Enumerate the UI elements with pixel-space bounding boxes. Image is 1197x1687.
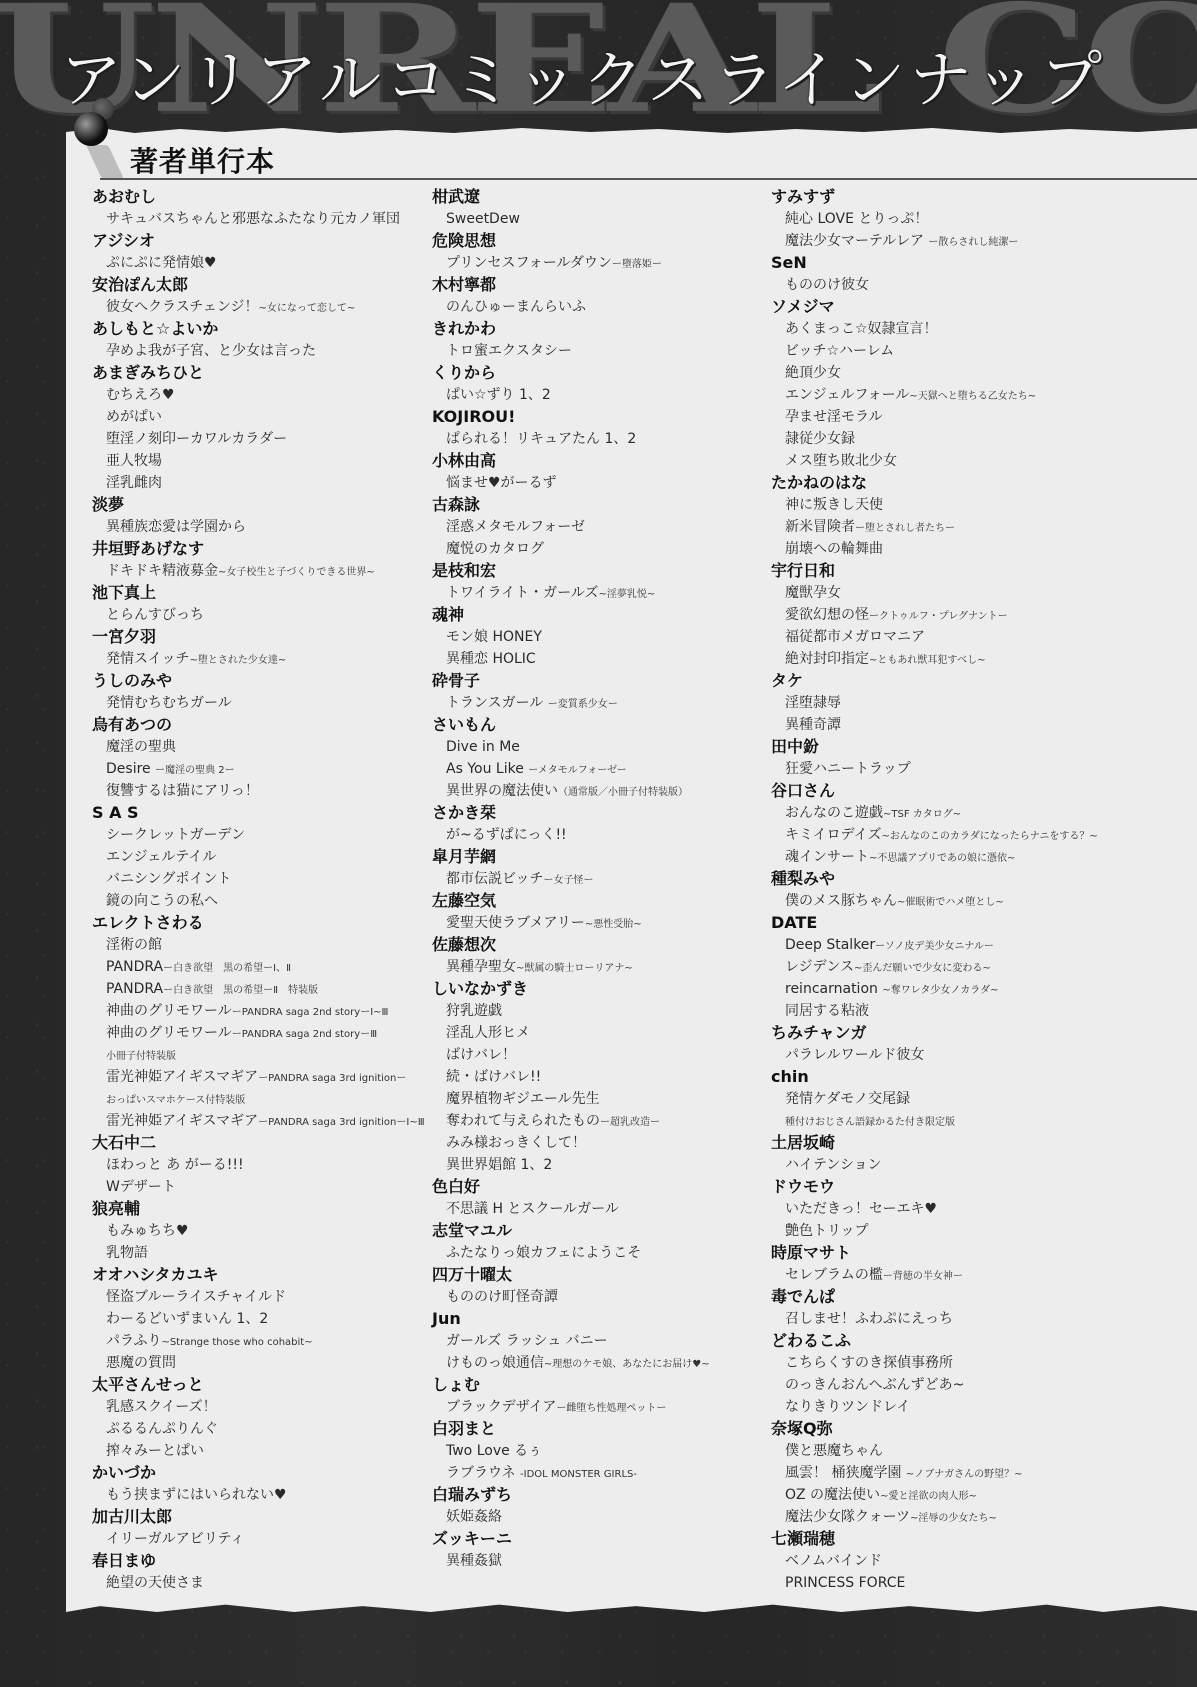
book-title-main: こちらくすのき探偵事務所 [785, 1355, 953, 1371]
author-name: 谷口さん [771, 780, 1098, 802]
book-title-main: 異種孕聖女 [446, 959, 516, 975]
author-name: タケ [771, 670, 1098, 692]
author-name: 春日まゆ [92, 1550, 425, 1572]
lineup-column-3: すみすず純心 LOVE とりっぷ！魔法少女マーテルレア ー散らされし純潔ーSeN… [771, 186, 1098, 1594]
book-title: 愛聖天使ラブメアリー~悪性受胎~ [432, 912, 710, 934]
author-name: 砕骨子 [432, 670, 710, 692]
book-title: 異世界の魔法使い（通常版／小冊子付特装版） [432, 780, 710, 802]
book-title-main: レジデンス [785, 959, 854, 975]
book-title-main: 悪魔の質問 [106, 1355, 176, 1371]
book-title: 淫堕隷辱 [771, 692, 1098, 714]
book-subtitle: ~堕とされた少女達~ [189, 655, 286, 666]
book-title: トロ蜜エクスタシー [432, 340, 710, 362]
book-title-main: 淫術の館 [106, 937, 162, 953]
book-title-main: けものっ娘通信 [446, 1355, 544, 1371]
book-title-main: Two Love るぅ [446, 1443, 542, 1459]
book-subtitle: ~不思議アプリであの娘に憑依~ [869, 853, 1015, 864]
book-title-main: プリンセスフォールダウン [446, 255, 612, 271]
book-title: トワイライト・ガールズ~淫夢乳悦~ [432, 582, 710, 604]
book-title: 艶色トリップ [771, 1220, 1098, 1242]
author-name: あまぎみちひと [92, 362, 425, 384]
book-title-main: シークレットガーデン [106, 827, 245, 843]
book-title: 絶対封印指定~ともあれ獣耳犯すべし~ [771, 648, 1098, 670]
author-name: たかねのはな [771, 472, 1098, 494]
book-title: メス堕ち敗北少女 [771, 450, 1098, 472]
book-subtitle: ~ともあれ獣耳犯すべし~ [869, 655, 986, 666]
book-title: 悩ませ♥がーるず [432, 472, 710, 494]
book-title: 乳感スクイーズ！ [92, 1396, 425, 1418]
book-title: みみ様おっきくして！ [432, 1132, 710, 1154]
book-title: ぱい☆ずり 1、2 [432, 384, 710, 406]
book-title-main: ラブラウネ [446, 1465, 520, 1481]
book-subtitle: ー白き欲望 黒の希望ーⅠ、Ⅱ [163, 963, 291, 974]
book-subtitle: ~Strange those who cohabit~ [161, 1337, 312, 1348]
book-title: もののけ彼女 [771, 274, 1098, 296]
book-title-main: めがぱい [106, 409, 162, 425]
book-subtitle: ー雌堕ち性処理ペットー [556, 1403, 666, 1414]
book-title: 孕ませ淫モラル [771, 406, 1098, 428]
book-title: 僕と悪魔ちゃん [771, 1440, 1098, 1462]
author-name: ドウモウ [771, 1176, 1098, 1198]
book-title-main: バニシングポイント [106, 871, 231, 887]
book-title: もう挟まずにはいられない♥ [92, 1484, 425, 1506]
book-title-main: 魂インサート [785, 849, 869, 865]
book-title: 発情スイッチ~堕とされた少女達~ [92, 648, 425, 670]
book-title: 神曲のグリモワールーPANDRA saga 2nd storyーⅢ [92, 1022, 425, 1044]
book-title-main: 淫惑メタモルフォーゼ [446, 519, 585, 535]
author-name: 四万十曜太 [432, 1264, 710, 1286]
book-title-main: もみゅちち♥ [106, 1223, 189, 1239]
book-title-main: 僕と悪魔ちゃん [785, 1443, 883, 1459]
book-title-main: OZ の魔法使い [785, 1487, 880, 1503]
book-title: が~るずぱにっく!! [432, 824, 710, 846]
book-title-main: パラレルワールド彼女 [785, 1047, 924, 1063]
book-title-main: 堕淫ノ刻印ーカワルカラダー [106, 431, 287, 447]
book-title: PANDRAー白き欲望 黒の希望ーⅠ、Ⅱ [92, 956, 425, 978]
book-subtitle: ー女子怪ー [543, 875, 593, 886]
book-title: ドキドキ精液募金~女子校生と子づくりできる世界~ [92, 560, 425, 582]
book-subtitle: ~女子校生と子づくりできる世界~ [218, 567, 375, 578]
author-name: 古森詠 [432, 494, 710, 516]
book-title: めがぱい [92, 406, 425, 428]
book-subtitle: ~獣属の騎士ローリアナ~ [516, 963, 633, 974]
book-title: 召しませ！ふわぷにえっち [771, 1308, 1098, 1330]
book-subtitle: （通常版／小冊子付特装版） [558, 787, 688, 798]
book-subtitle: ~歪んだ願いで少女に変わる~ [854, 963, 991, 974]
book-title: 淫乱人形ヒメ [432, 1022, 710, 1044]
book-title-main: 淫乱人形ヒメ [446, 1025, 530, 1041]
book-title: 雷光神姫アイギスマギアーPANDRA saga 3rd ignitionー [92, 1066, 425, 1088]
book-title-main: もののけ町怪奇譚 [446, 1289, 558, 1305]
book-title-main: 同居する粘液 [785, 1003, 869, 1019]
book-title-main: 雷光神姫アイギスマギア [106, 1113, 258, 1129]
book-title: PANDRAー白き欲望 黒の希望ーⅡ 特装版 [92, 978, 425, 1000]
book-title-main: 魔獣孕女 [785, 585, 841, 601]
book-title-main: パラふり [106, 1333, 161, 1349]
book-subtitle: ーPANDRA saga 2nd storyーⅢ [232, 1029, 377, 1040]
book-title-main: いただきっ！セーエキ♥ [785, 1201, 937, 1217]
book-subtitle: ー堕とされし者たちー [855, 523, 955, 534]
book-title-main: 異種恋 HOLIC [446, 651, 536, 667]
book-title: もみゅちち♥ [92, 1220, 425, 1242]
book-title: セレブラムの檻ー背徳の半女神ー [771, 1264, 1098, 1286]
author-name: DATE [771, 912, 1098, 934]
book-title-main: 悩ませ♥がーるず [446, 475, 557, 491]
book-title-main: 魔界植物ギジエール先生 [446, 1091, 600, 1107]
book-title: 新米冒険者ー堕とされし者たちー [771, 516, 1098, 538]
book-title-main: Desire [106, 761, 155, 777]
book-title: 異種孕聖女~獣属の騎士ローリアナ~ [432, 956, 710, 978]
book-title: 純心 LOVE とりっぷ！ [771, 208, 1098, 230]
book-title-main: 異世界娼館 1、2 [446, 1157, 552, 1173]
book-title-main: 魔法少女マーテルレア [785, 233, 928, 249]
book-subtitle: ー魔淫の聖典 2ー [155, 765, 235, 776]
book-title: ばけバレ！ [432, 1044, 710, 1066]
book-subtitle: ーPANDRA saga 3rd ignitionー [258, 1073, 406, 1084]
author-name: 佐藤想次 [432, 934, 710, 956]
book-title-main: 狂愛ハニートラップ [785, 761, 911, 777]
author-name: 太平さんせっと [92, 1374, 425, 1396]
book-title: 魂インサート~不思議アプリであの娘に憑依~ [771, 846, 1098, 868]
book-title: OZ の魔法使い~愛と淫欲の肉人形~ [771, 1484, 1098, 1506]
book-title: ほわっと あ がーる!!! [92, 1154, 425, 1176]
book-title-main: Wデザート [106, 1179, 176, 1195]
book-subtitle: 小冊子付特装版 [106, 1051, 176, 1062]
book-title-main: 鏡の向こうの私へ [106, 893, 218, 909]
book-title: サキュバスちゃんと邪悪なふたなり元カノ軍団 [92, 208, 425, 230]
book-title: 異種姦獄 [432, 1550, 710, 1572]
book-title: 乳物語 [92, 1242, 425, 1264]
author-name: 一宮夕羽 [92, 626, 425, 648]
author-name: 皐月芋網 [432, 846, 710, 868]
book-title-main: なりきりツンドレイ [785, 1399, 910, 1415]
book-title-main: 愛聖天使ラブメアリー [446, 915, 585, 931]
author-name: 田中鈖 [771, 736, 1098, 758]
author-name: アジシオ [92, 230, 425, 252]
book-title-main: PANDRA [106, 959, 163, 975]
book-title-main: 淫乳雌肉 [106, 475, 162, 491]
book-title: 福従都市メガロマニア [771, 626, 1098, 648]
book-title-main: エンジェルフォール [785, 387, 909, 403]
book-subtitle: ~悪性受胎~ [585, 919, 642, 930]
book-subtitle: ー超乳改造ー [600, 1117, 660, 1128]
author-name: すみすず [771, 186, 1098, 208]
book-subtitle: ~おんなのこのカラダになったらナニをする？~ [881, 831, 1097, 842]
book-subtitle: ~愛と淫欲の肉人形~ [880, 1491, 977, 1502]
book-title: シークレットガーデン [92, 824, 425, 846]
book-subtitle: ~催眠術でハメ堕とし~ [897, 897, 1004, 908]
book-title: 発情ケダモノ交尾録 [771, 1088, 1098, 1110]
book-subtitle: ~ノブナガさんの野望？~ [906, 1469, 1023, 1480]
book-title-main: 彼女へクラスチェンジ！ [106, 299, 259, 315]
book-title-main: トランスガール [446, 695, 548, 711]
book-title: 狂愛ハニートラップ [771, 758, 1098, 780]
book-title: 雷光神姫アイギスマギアーPANDRA saga 3rd ignitionーⅠ~Ⅲ [92, 1110, 425, 1132]
author-name: うしのみや [92, 670, 425, 692]
author-name: 加古川太郎 [92, 1506, 425, 1528]
book-title: 彼女へクラスチェンジ！~女になって恋して~ [92, 296, 425, 318]
author-name: 烏有あつの [92, 714, 425, 736]
author-name: chin [771, 1066, 1098, 1088]
book-title: 異種族恋愛は学園から [92, 516, 425, 538]
author-name: 白瑞みずち [432, 1484, 710, 1506]
book-title-main: のんひゅーまんらいふ [446, 299, 586, 315]
author-name: 池下真上 [92, 582, 425, 604]
book-title-main: 都市伝説ビッチ [446, 871, 543, 887]
author-name: 奈塚Q弥 [771, 1418, 1098, 1440]
author-name: かいづか [92, 1462, 425, 1484]
book-title: バニシングポイント [92, 868, 425, 890]
book-title-main: 搾々みーとぱい [106, 1443, 204, 1459]
book-title: ブラックデザイアー雌堕ち性処理ペットー [432, 1396, 710, 1418]
author-name: ソメジマ [771, 296, 1098, 318]
book-title-main: 風雲！ 桶狭魔学園 [785, 1465, 906, 1481]
author-name: 魂神 [432, 604, 710, 626]
book-title: 魔淫の聖典 [92, 736, 425, 758]
author-name: 七瀬瑞穂 [771, 1528, 1098, 1550]
author-name: 井垣野あげなす [92, 538, 425, 560]
book-title-main: 続・ばけバレ!! [446, 1069, 541, 1085]
book-title: 魔界植物ギジエール先生 [432, 1088, 710, 1110]
book-subtitle: ~TSF カタログ~ [883, 809, 961, 820]
book-title-main: 発情ケダモノ交尾録 [785, 1091, 910, 1107]
author-name: 柑武遼 [432, 186, 710, 208]
book-title: 崩壊への輪舞曲 [771, 538, 1098, 560]
book-title-main: ばけバレ！ [446, 1047, 516, 1063]
book-title: むちえろ♥ [92, 384, 425, 406]
book-title: わーるどいずまいん 1、2 [92, 1308, 425, 1330]
book-title-main: ビッチ☆ハーレム [785, 343, 894, 359]
book-title-main: ぷるるんぷりんぐ [106, 1421, 218, 1437]
book-title: 隷従少女録 [771, 428, 1098, 450]
book-title-main: 乳物語 [106, 1245, 148, 1261]
book-title: パラふり~Strange those who cohabit~ [92, 1330, 425, 1352]
book-title-main: 異世界の魔法使い [446, 783, 558, 799]
book-subtitle: ~淫夢乳悦~ [598, 589, 655, 600]
book-title-main: ガールズ ラッシュ バニー [446, 1333, 608, 1349]
book-title-main: Deep Stalker [785, 937, 875, 953]
book-title: 堕淫ノ刻印ーカワルカラダー [92, 428, 425, 450]
book-title-main: 発情むちむちガール [106, 695, 232, 711]
book-title: Two Love るぅ [432, 1440, 710, 1462]
book-title-main: もう挟まずにはいられない♥ [106, 1487, 287, 1503]
book-title-main: 異種姦獄 [446, 1553, 502, 1569]
book-title-main: 亜人牧場 [106, 453, 162, 469]
book-subtitle: ~奪ワレタ少女ノカラダ~ [882, 985, 998, 996]
book-title-main: わーるどいずまいん 1、2 [106, 1311, 268, 1327]
book-title: ハイテンション [771, 1154, 1098, 1176]
book-title-main: 孕ませ淫モラル [785, 409, 883, 425]
author-name: 大石中二 [92, 1132, 425, 1154]
book-title-main: 神曲のグリモワール [106, 1003, 232, 1019]
book-title-main: が~るずぱにっく!! [446, 827, 567, 843]
book-title-main: PANDRA [106, 981, 163, 997]
book-title: 淫惑メタモルフォーゼ [432, 516, 710, 538]
book-title-main: 不思議 H とスクールガール [446, 1201, 619, 1217]
author-name: S A S [92, 802, 425, 824]
author-name: きれかわ [432, 318, 710, 340]
book-title: とらんすびっち [92, 604, 425, 626]
book-title: 狩乳遊戯 [432, 1000, 710, 1022]
book-title-main: エンジェルテイル [106, 849, 216, 865]
book-title-main: 淫堕隷辱 [785, 695, 841, 711]
book-title-main: イリーガルアビリティ [106, 1531, 244, 1547]
book-title: ビッチ☆ハーレム [771, 340, 1098, 362]
book-subtitle: 種付けおじさん語録かるた付き限定版 [785, 1117, 955, 1128]
book-title-main: 孕めよ我が子宮、と少女は言った [106, 343, 316, 359]
book-title-main: 純心 LOVE とりっぷ！ [785, 211, 928, 227]
book-title-main: 愛欲幻想の怪 [785, 607, 869, 623]
book-title-main: Dive in Me [446, 739, 520, 755]
book-title-main: おんなのこ遊戯 [785, 805, 883, 821]
book-title-main: 異種族恋愛は学園から [106, 519, 246, 535]
book-title: もののけ町怪奇譚 [432, 1286, 710, 1308]
book-title-main: ベノムバインド [785, 1553, 882, 1569]
book-subtitle: ー白き欲望 黒の希望ーⅡ 特装版 [163, 985, 318, 996]
book-title-main: とらんすびっち [106, 607, 204, 623]
author-name: ちみチャンガ [771, 1022, 1098, 1044]
author-name: 種梨みや [771, 868, 1098, 890]
author-name: くりから [432, 362, 710, 384]
book-title: のっきんおんへぶんずどあ~ [771, 1374, 1098, 1396]
book-title: 小冊子付特装版 [92, 1044, 425, 1066]
book-title-main: ぷにぷに発情娘♥ [106, 255, 217, 271]
author-name: Jun [432, 1308, 710, 1330]
book-subtitle: ー墮落姫ー [612, 259, 662, 270]
book-title: けものっ娘通信~理想のケモ娘、あなたにお届け♥~ [432, 1352, 710, 1374]
book-title-main: 狩乳遊戯 [446, 1003, 502, 1019]
author-name: あおむし [92, 186, 425, 208]
book-title-main: ハイテンション [785, 1157, 882, 1173]
book-title: 愛欲幻想の怪ークトゥルフ・プレグナントー [771, 604, 1098, 626]
book-title: 魔獣孕女 [771, 582, 1098, 604]
book-subtitle: -IDOL MONSTER GIRLS- [520, 1469, 637, 1480]
book-title-main: 絶望の天使さま [106, 1575, 204, 1591]
book-title-main: 乳感スクイーズ！ [106, 1399, 217, 1415]
book-title-main: あくまっこ☆奴隷宣言！ [785, 321, 938, 337]
book-title-main: 召しませ！ふわぷにえっち [785, 1311, 953, 1327]
book-title: 淫乳雌肉 [92, 472, 425, 494]
book-subtitle: ~淫辱の少女たち~ [910, 1513, 997, 1524]
book-title-main: ぱられる！リキュアたん 1、2 [446, 431, 636, 447]
book-title: エンジェルフォール~天獄へと堕ちる乙女たち~ [771, 384, 1098, 406]
book-title: PRINCESS FORCE [771, 1572, 1098, 1594]
author-name: 木村寧都 [432, 274, 710, 296]
book-title: ぷにぷに発情娘♥ [92, 252, 425, 274]
book-title: 神に叛きし天使 [771, 494, 1098, 516]
book-title: Wデザート [92, 1176, 425, 1198]
book-subtitle: ー散らされし純潔ー [928, 237, 1018, 248]
book-title: reincarnation ~奪ワレタ少女ノカラダ~ [771, 978, 1098, 1000]
book-title: SweetDew [432, 208, 710, 230]
book-title: 異種恋 HOLIC [432, 648, 710, 670]
book-title: こちらくすのき探偵事務所 [771, 1352, 1098, 1374]
book-title-main: 僕のメス豚ちゃん [785, 893, 897, 909]
book-title: 絶望の天使さま [92, 1572, 425, 1594]
book-title: おんなのこ遊戯~TSF カタログ~ [771, 802, 1098, 824]
book-title: あくまっこ☆奴隷宣言！ [771, 318, 1098, 340]
book-title: 種付けおじさん語録かるた付き限定版 [771, 1110, 1098, 1132]
author-name: 安治ぽん太郎 [92, 274, 425, 296]
book-title-main: 妖姫姦絡 [446, 1509, 502, 1525]
author-name: さいもん [432, 714, 710, 736]
author-name: 白羽まと [432, 1418, 710, 1440]
page-banner-title: アンリアルコミックスラインナップ [60, 30, 1106, 119]
author-name: どわるこふ [771, 1330, 1098, 1352]
book-title: エンジェルテイル [92, 846, 425, 868]
author-name: 狼亮輔 [92, 1198, 425, 1220]
book-title: 妖姫姦絡 [432, 1506, 710, 1528]
book-title: 神曲のグリモワールーPANDRA saga 2nd storyーⅠ~Ⅲ [92, 1000, 425, 1022]
book-title-main: もののけ彼女 [785, 277, 869, 293]
book-subtitle: ー背徳の半女神ー [883, 1271, 963, 1282]
book-title-main: ぱい☆ずり 1、2 [446, 387, 551, 403]
book-title: ふたなりっ娘カフェにようこそ [432, 1242, 710, 1264]
author-name: SeN [771, 252, 1098, 274]
book-title: 風雲！ 桶狭魔学園 ~ノブナガさんの野望？~ [771, 1462, 1098, 1484]
book-subtitle: ーPANDRA saga 2nd storyーⅠ~Ⅲ [232, 1007, 389, 1018]
book-title: 孕めよ我が子宮、と少女は言った [92, 340, 425, 362]
book-title-main: 雷光神姫アイギスマギア [106, 1069, 258, 1085]
author-name: エレクトさわる [92, 912, 425, 934]
book-subtitle: ー変質系少女ー [548, 699, 618, 710]
lineup-column-1: あおむしサキュバスちゃんと邪悪なふたなり元カノ軍団アジシオぷにぷに発情娘♥安治ぽ… [92, 186, 425, 1594]
book-title-main: のっきんおんへぶんずどあ~ [785, 1377, 964, 1393]
author-name: あしもと☆よいか [92, 318, 425, 340]
book-title-main: 新米冒険者 [785, 519, 855, 535]
book-title-main: 奪われて与えられたもの [446, 1113, 600, 1129]
book-subtitle: ーメタモルフォーゼー [528, 765, 626, 776]
pushpin-icon [74, 112, 108, 146]
author-name: 毒でんぱ [771, 1286, 1098, 1308]
book-title-main: トワイライト・ガールズ [446, 585, 598, 601]
book-title: キミイロデイズ~おんなのこのカラダになったらナニをする？~ [771, 824, 1098, 846]
book-title: いただきっ！セーエキ♥ [771, 1198, 1098, 1220]
book-title: 復讐するは猫にアリっ！ [92, 780, 425, 802]
book-title: ぷるるんぷりんぐ [92, 1418, 425, 1440]
book-title: 怪盗ブルーライスチャイルド [92, 1286, 425, 1308]
book-title-main: 崩壊への輪舞曲 [785, 541, 883, 557]
author-name: 左藤空気 [432, 890, 710, 912]
book-title-main: 神に叛きし天使 [785, 497, 883, 513]
book-subtitle: ~天獄へと堕ちる乙女たち~ [909, 391, 1036, 402]
book-title-main: 艶色トリップ [785, 1223, 868, 1239]
book-subtitle: ーPANDRA saga 3rd ignitionーⅠ~Ⅲ [258, 1117, 424, 1128]
author-name: KOJIROU! [432, 406, 710, 428]
section-title: 著者単行本 [130, 140, 275, 180]
book-title: ぱられる！リキュアたん 1、2 [432, 428, 710, 450]
book-title-main: 異種奇譚 [785, 717, 841, 733]
book-title: 亜人牧場 [92, 450, 425, 472]
book-title: 淫術の館 [92, 934, 425, 956]
book-title-main: 復讐するは猫にアリっ！ [106, 783, 259, 799]
book-title-main: 魔法少女隊クォーツ [785, 1509, 910, 1525]
book-title: トランスガール ー変質系少女ー [432, 692, 710, 714]
book-title: 搾々みーとぱい [92, 1440, 425, 1462]
book-title-main: 神曲のグリモワール [106, 1025, 232, 1041]
book-title: 悪魔の質問 [92, 1352, 425, 1374]
book-title: のんひゅーまんらいふ [432, 296, 710, 318]
book-title-main: reincarnation [785, 981, 882, 997]
author-name: オオハシタカユキ [92, 1264, 425, 1286]
book-title: 魔法少女隊クォーツ~淫辱の少女たち~ [771, 1506, 1098, 1528]
book-title-main: PRINCESS FORCE [785, 1575, 905, 1591]
book-title-main: モン娘 HONEY [446, 629, 542, 645]
author-name: 是枝和宏 [432, 560, 710, 582]
book-title: 奪われて与えられたものー超乳改造ー [432, 1110, 710, 1132]
book-title: モン娘 HONEY [432, 626, 710, 648]
lineup-column-2: 柑武遼SweetDew危険思想プリンセスフォールダウンー墮落姫ー木村寧都のんひゅ… [432, 186, 710, 1572]
